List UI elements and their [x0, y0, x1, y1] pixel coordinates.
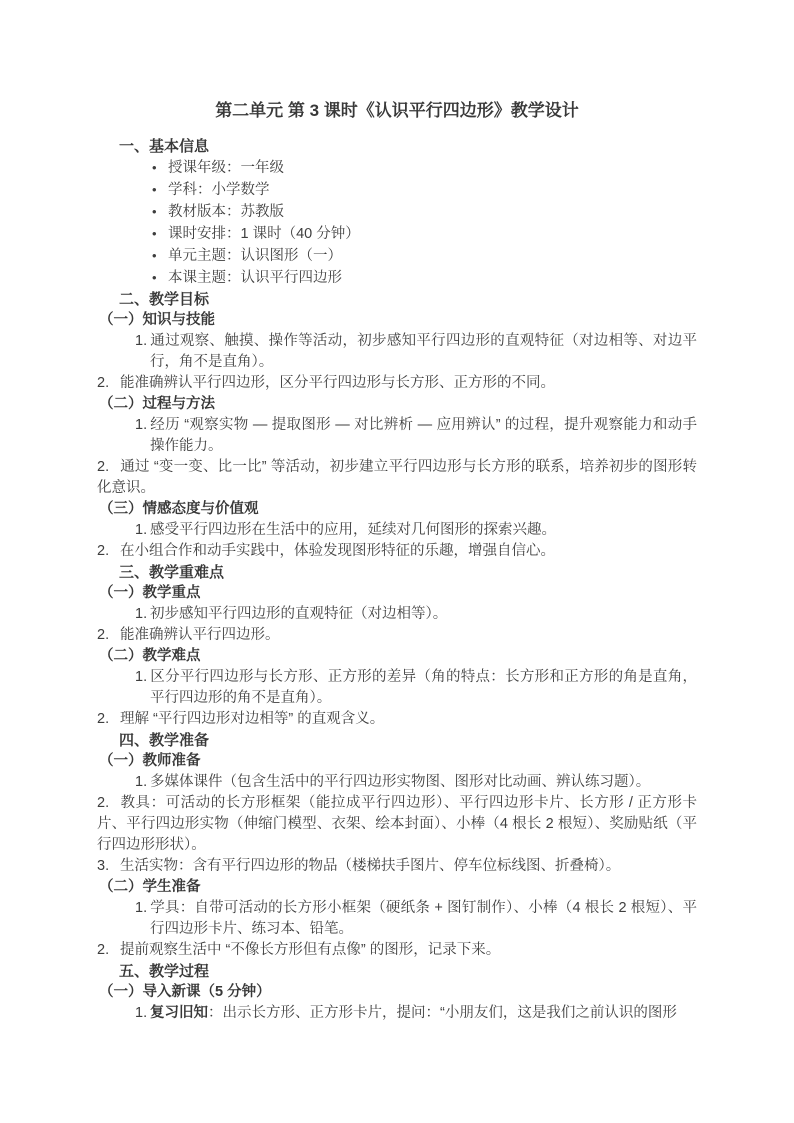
- item-number: 2.: [97, 457, 120, 478]
- item-number: 2.: [97, 709, 120, 730]
- basic-info-list: •授课年级：一年级 •学科：小学数学 •教材版本：苏教版 •课时安排：1 课时（…: [97, 157, 697, 289]
- item-text: 在小组合作和动手实践中，体验发现图形特征的乐趣，增强自信心。: [120, 543, 555, 559]
- list-item: •授课年级：一年级: [97, 157, 697, 179]
- item-text: 提前观察生活中 “不像长方形但有点像” 的图形，记录下来。: [120, 942, 500, 958]
- numbered-item: 1.多媒体课件（包含生活中的平行四边形实物图、图形对比动画、辨认练习题）。: [97, 772, 697, 793]
- subsection-heading-student-preparation: （二）学生准备: [97, 877, 697, 898]
- item-text: 初步感知平行四边形的直观特征（对边相等）。: [150, 606, 447, 622]
- numbered-item: 2.能准确辨认平行四边形。: [97, 625, 697, 646]
- list-item: •单元主题：认识图形（一）: [97, 245, 697, 267]
- numbered-item: 1.学具：自带可活动的长方形小框架（硬纸条 + 图钉制作）、小棒（4 根长 2 …: [97, 898, 697, 940]
- list-item: •本课主题：认识平行四边形: [97, 267, 697, 289]
- list-item-text: 本课主题：认识平行四边形: [168, 270, 342, 286]
- item-lead-bold: 复习旧知: [150, 1005, 208, 1021]
- numbered-item: 2.在小组合作和动手实践中，体验发现图形特征的乐趣，增强自信心。: [97, 541, 697, 562]
- list-item-text: 授课年级：一年级: [168, 160, 284, 176]
- numbered-item: 1.通过观察、触摸、操作等活动，初步感知平行四边形的直观特征（对边相等、对边平行…: [97, 331, 697, 373]
- section-heading-key-difficult-points: 三、教学重难点: [97, 562, 697, 583]
- item-text: 理解 “平行四边形对边相等” 的直观含义。: [120, 711, 384, 727]
- item-number: 3.: [97, 856, 120, 877]
- bullet-icon: •: [152, 157, 168, 178]
- numbered-item: 1.区分平行四边形与长方形、正方形的差异（角的特点：长方形和正方形的角是直角，平…: [97, 667, 697, 709]
- numbered-item: 2.能准确辨认平行四边形，区分平行四边形与长方形、正方形的不同。: [97, 373, 697, 394]
- section-heading-basic-info: 一、基本信息: [97, 136, 697, 157]
- bullet-icon: •: [152, 201, 168, 222]
- section-heading-teaching-goals: 二、教学目标: [97, 289, 697, 310]
- bullet-icon: •: [152, 245, 168, 266]
- item-text: 能准确辨认平行四边形。: [120, 627, 280, 643]
- item-number: 1.: [135, 520, 150, 541]
- list-item: •课时安排：1 课时（40 分钟）: [97, 223, 697, 245]
- item-number: 2.: [97, 373, 120, 394]
- document-page: 第二单元 第 3 课时《认识平行四边形》教学设计 一、基本信息 •授课年级：一年…: [0, 0, 794, 1123]
- item-text: 学具：自带可活动的长方形小框架（硬纸条 + 图钉制作）、小棒（4 根长 2 根短…: [150, 900, 697, 937]
- subsection-heading-process-methods: （二）过程与方法: [97, 394, 697, 415]
- item-text: 通过观察、触摸、操作等活动，初步感知平行四边形的直观特征（对边相等、对边平行，角…: [150, 333, 697, 370]
- bullet-icon: •: [152, 179, 168, 200]
- numbered-item: 1.感受平行四边形在生活中的应用，延续对几何图形的探索兴趣。: [97, 520, 697, 541]
- list-item-text: 单元主题：认识图形（一）: [168, 248, 342, 264]
- item-number: 2.: [97, 541, 120, 562]
- numbered-item: 2.理解 “平行四边形对边相等” 的直观含义。: [97, 709, 697, 730]
- section-teaching-goals: 二、教学目标 （一）知识与技能 1.通过观察、触摸、操作等活动，初步感知平行四边…: [97, 289, 697, 562]
- item-number: 1.: [135, 667, 150, 688]
- list-item: •学科：小学数学: [97, 179, 697, 201]
- subsection-heading-teacher-preparation: （一）教师准备: [97, 751, 697, 772]
- subsection-heading-key-points: （一）教学重点: [97, 583, 697, 604]
- section-heading-teaching-preparation: 四、教学准备: [97, 730, 697, 751]
- numbered-item: 2.教具：可活动的长方形框架（能拉成平行四边形）、平行四边形卡片、长方形 / 正…: [97, 793, 697, 856]
- section-teaching-preparation: 四、教学准备 （一）教师准备 1.多媒体课件（包含生活中的平行四边形实物图、图形…: [97, 730, 697, 961]
- bullet-icon: •: [152, 267, 168, 288]
- item-number: 1.: [135, 415, 150, 436]
- numbered-item: 3.生活实物：含有平行四边形的物品（楼梯扶手图片、停车位标线图、折叠椅）。: [97, 856, 697, 877]
- item-number: 2.: [97, 940, 120, 961]
- section-key-difficult-points: 三、教学重难点 （一）教学重点 1.初步感知平行四边形的直观特征（对边相等）。 …: [97, 562, 697, 730]
- item-number: 2.: [97, 625, 120, 646]
- list-item-text: 学科：小学数学: [168, 182, 270, 198]
- numbered-item: 1.初步感知平行四边形的直观特征（对边相等）。: [97, 604, 697, 625]
- section-heading-teaching-process: 五、教学过程: [97, 961, 697, 982]
- item-number: 1.: [135, 898, 150, 919]
- list-item: •教材版本：苏教版: [97, 201, 697, 223]
- numbered-item: 2.通过 “变一变、比一比” 等活动，初步建立平行四边形与长方形的联系，培养初步…: [97, 457, 697, 499]
- item-text: ：出示长方形、正方形卡片，提问：“小朋友们，这是我们之前认识的图形: [208, 1005, 677, 1021]
- item-number: 1.: [135, 331, 150, 352]
- item-text: 能准确辨认平行四边形，区分平行四边形与长方形、正方形的不同。: [120, 375, 555, 391]
- item-number: 1.: [135, 1003, 150, 1024]
- item-number: 2.: [97, 793, 120, 814]
- item-text: 教具：可活动的长方形框架（能拉成平行四边形）、平行四边形卡片、长方形 / 正方形…: [97, 795, 697, 853]
- item-text: 经历 “观察实物 — 提取图形 — 对比辨析 — 应用辨认” 的过程，提升观察能…: [150, 417, 697, 454]
- item-number: 1.: [135, 772, 150, 793]
- item-number: 1.: [135, 604, 150, 625]
- bullet-icon: •: [152, 223, 168, 244]
- numbered-item: 2.提前观察生活中 “不像长方形但有点像” 的图形，记录下来。: [97, 940, 697, 961]
- item-text: 通过 “变一变、比一比” 等活动，初步建立平行四边形与长方形的联系，培养初步的图…: [97, 459, 697, 496]
- list-item-text: 课时安排：1 课时（40 分钟）: [168, 226, 360, 242]
- subsection-heading-knowledge-skills: （一）知识与技能: [97, 310, 697, 331]
- item-text: 多媒体课件（包含生活中的平行四边形实物图、图形对比动画、辨认练习题）。: [150, 774, 650, 790]
- subsection-heading-difficult-points: （二）教学难点: [97, 646, 697, 667]
- numbered-item: 1.经历 “观察实物 — 提取图形 — 对比辨析 — 应用辨认” 的过程，提升观…: [97, 415, 697, 457]
- section-basic-info: 一、基本信息 •授课年级：一年级 •学科：小学数学 •教材版本：苏教版 •课时安…: [97, 136, 697, 289]
- item-text: 感受平行四边形在生活中的应用，延续对几何图形的探索兴趣。: [150, 522, 556, 538]
- subsection-heading-affect-values: （三）情感态度与价值观: [97, 499, 697, 520]
- numbered-item: 1.复习旧知：出示长方形、正方形卡片，提问：“小朋友们，这是我们之前认识的图形: [97, 1003, 697, 1024]
- item-text: 区分平行四边形与长方形、正方形的差异（角的特点：长方形和正方形的角是直角，平行四…: [150, 669, 697, 706]
- subsection-heading-lesson-intro: （一）导入新课（5 分钟）: [97, 982, 697, 1003]
- item-text: 生活实物：含有平行四边形的物品（楼梯扶手图片、停车位标线图、折叠椅）。: [120, 858, 620, 874]
- list-item-text: 教材版本：苏教版: [168, 204, 284, 220]
- document-title: 第二单元 第 3 课时《认识平行四边形》教学设计: [97, 98, 697, 124]
- section-teaching-process: 五、教学过程 （一）导入新课（5 分钟） 1.复习旧知：出示长方形、正方形卡片，…: [97, 961, 697, 1024]
